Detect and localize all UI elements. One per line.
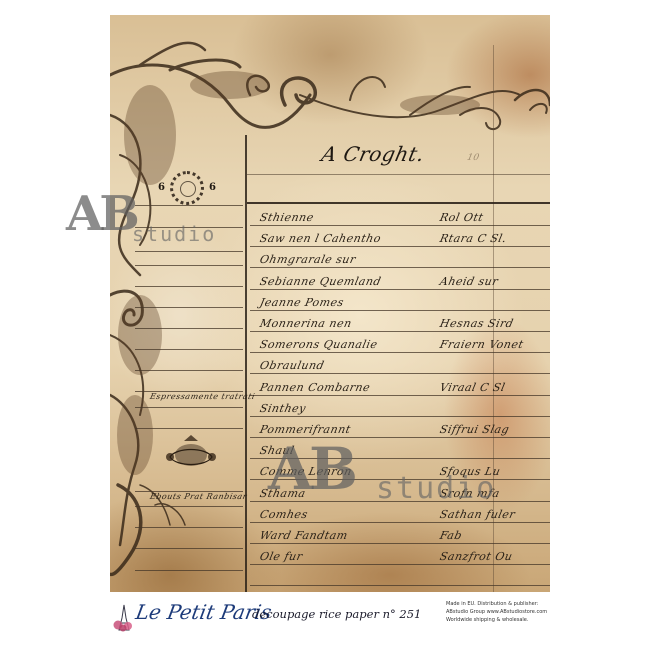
left-column-rule [135, 548, 243, 549]
left-column-rule [135, 251, 243, 252]
ledger-entry-name: Saw nen l Cahentho [259, 232, 383, 245]
ledger-entry-value: Fraiern Vonet [439, 338, 525, 351]
ledger-rule [250, 585, 550, 586]
left-note-1: Espressamente tratrati [149, 392, 256, 401]
ledger-entry-value: Hesnas Sird [439, 317, 515, 330]
ledger-entry-name: Monnerina nen [259, 317, 353, 330]
left-note-2: Ebouts Prat Ranbisar [149, 492, 248, 501]
rice-paper-sheet: SthienneRol OttSaw nen l CahenthoRtara C… [110, 15, 550, 592]
product-subtitle: decoupage rice paper n° 251 [252, 607, 421, 621]
left-column-rule [135, 349, 243, 350]
footer-info-line: Made in EU. Distribution & publisher: [446, 600, 556, 608]
left-column-rule [135, 286, 243, 287]
ledger-entry-name: Sthienne [259, 211, 316, 224]
ledger-entry-name: Sebianne Quemland [259, 275, 383, 288]
header-rule [247, 202, 550, 204]
footer-info-line: Worldwide shipping & wholesale. [446, 616, 556, 624]
ledger-entry-value: Sathan fuler [439, 508, 517, 521]
ledger-rule [250, 564, 550, 565]
ledger-heading: A Croght. [319, 142, 426, 166]
ledger-heading-number: 10 [466, 153, 481, 163]
ledger-entry-name: Jeanne Pomes [259, 296, 346, 309]
watermark-word: studio [376, 471, 496, 506]
ledger-entry-name: Comhes [259, 508, 309, 521]
ledger-entry-value: Siffrui Slag [439, 423, 511, 436]
footer-info: Made in EU. Distribution & publisher: AB… [446, 600, 556, 624]
ledger-rule [250, 267, 550, 268]
heading-rule [247, 174, 550, 175]
cartouche-ornament-icon [162, 433, 220, 473]
ledger-rule [250, 225, 550, 226]
ledger-entry-name: Sinthey [259, 402, 308, 415]
ledger-entry-value: Aheid sur [439, 275, 500, 288]
watermark-word-top: studio [132, 222, 216, 246]
ledger-entry-value: Rtara C Sl. [439, 232, 508, 245]
left-column-rule [135, 527, 243, 528]
left-column-rule [135, 328, 243, 329]
ledger-rule [250, 246, 550, 247]
ledger-entry-name: Pannen Combarne [259, 381, 372, 394]
ledger-entry-name: Obraulund [259, 359, 326, 372]
ledger-rule [250, 373, 550, 374]
stamp-seal-icon [170, 171, 204, 205]
ledger-entry-name: Ohmgrarale sur [259, 253, 357, 266]
ledger-rule [250, 522, 550, 523]
left-column-rule [135, 370, 243, 371]
eiffel-tower-rose-icon [113, 604, 135, 632]
left-column-rule [135, 265, 243, 266]
left-column-rule [135, 570, 243, 571]
ledger-rule [250, 416, 550, 417]
ledger-rule [250, 352, 550, 353]
left-column-rule [135, 307, 243, 308]
ledger-entry-name: Ward Fandtam [259, 529, 349, 542]
ledger-rule [250, 289, 550, 290]
watermark-logo-top: AB [66, 186, 136, 242]
ledger-rule [250, 395, 550, 396]
left-column-rule [135, 205, 243, 206]
ledger-entry-value: Fab [439, 529, 464, 542]
product-footer: Le Petit Paris decoupage rice paper n° 2… [110, 596, 550, 646]
left-column-rule [135, 407, 243, 408]
ledger-entry-value: Sanzfrot Ou [439, 550, 514, 563]
ledger-rule [250, 543, 550, 544]
ledger-entry-name: Somerons Quanalie [259, 338, 379, 351]
ledger-entry-name: Ole fur [259, 550, 304, 563]
seal-number-right: 6 [209, 182, 216, 193]
watermark-logo: AB [268, 435, 354, 503]
ledger-rule [250, 310, 550, 311]
footer-info-line: ABstudio Group www.ABstudiostore.com [446, 608, 556, 616]
left-column-rule [135, 428, 243, 429]
ledger-entry-value: Viraal C Sl [439, 381, 507, 394]
left-column-rule [135, 506, 243, 507]
seal-number-left: 6 [158, 182, 165, 193]
ledger-rule [250, 331, 550, 332]
ledger-entry-value: Rol Ott [439, 211, 485, 224]
